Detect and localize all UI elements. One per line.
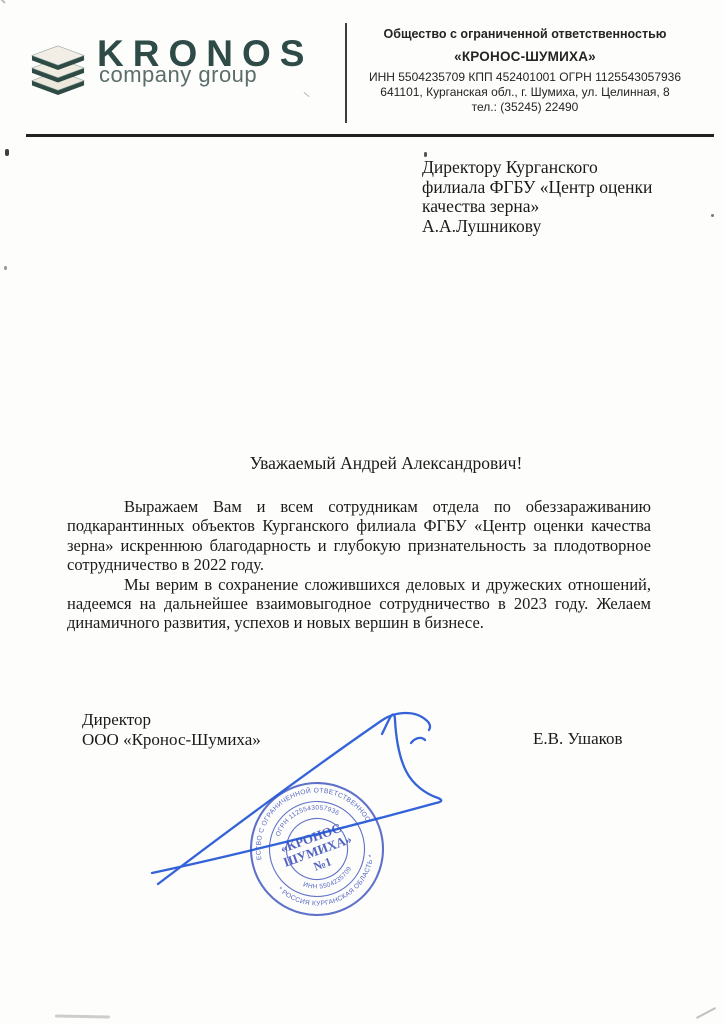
recipient-block: Директору Курганского филиала ФГБУ «Цент…	[422, 158, 652, 236]
brand-subtitle: company group	[99, 64, 257, 86]
org-form: Общество с ограниченной ответственностью	[364, 27, 686, 42]
signature-downstroke-tail	[152, 715, 441, 873]
recipient-line: Директору Курганского	[422, 158, 652, 178]
scan-smudge	[696, 1007, 716, 1019]
letter-body: Выражаем Вам и всем сотрудникам отдела п…	[67, 497, 651, 633]
header-rule	[26, 134, 714, 137]
handwritten-signature	[130, 695, 470, 910]
org-phone: тел.: (35245) 22490	[364, 100, 686, 115]
org-name: «КРОНОС-ШУМИХА»	[364, 49, 686, 64]
signature-tick	[411, 738, 425, 743]
body-paragraph-1: Выражаем Вам и всем сотрудникам отдела п…	[67, 497, 651, 575]
org-address: 641101, Курганская обл., г. Шумиха, ул. …	[364, 85, 686, 100]
recipient-line: качества зерна»	[422, 197, 652, 217]
scanned-letter-page: KRONOS company group Общество с ограниче…	[0, 0, 724, 1024]
salutation: Уважаемый Андрей Александрович!	[122, 453, 650, 473]
scan-speck	[4, 266, 7, 270]
org-inn-kpp-ogrn: ИНН 5504235709 КПП 452401001 ОГРН 112554…	[364, 70, 686, 85]
scan-speck	[303, 92, 309, 97]
org-details-block: Общество с ограниченной ответственностью…	[364, 27, 686, 115]
scan-speck	[424, 152, 427, 157]
recipient-line: А.А.Лушникову	[422, 217, 652, 237]
layers-stack-icon	[31, 42, 85, 96]
scan-speck	[0, 0, 6, 4]
header-divider	[345, 23, 347, 123]
signature-upstroke	[158, 713, 430, 884]
scan-smudge	[55, 1015, 110, 1019]
scan-speck	[711, 214, 714, 217]
kronos-logo-icon	[31, 42, 85, 96]
body-paragraph-2: Мы верим в сохранение сложившихся деловы…	[67, 575, 651, 633]
scan-speck	[5, 149, 9, 156]
signer-name: Е.В. Ушаков	[533, 729, 623, 749]
recipient-line: филиала ФГБУ «Центр оценки	[422, 178, 652, 198]
